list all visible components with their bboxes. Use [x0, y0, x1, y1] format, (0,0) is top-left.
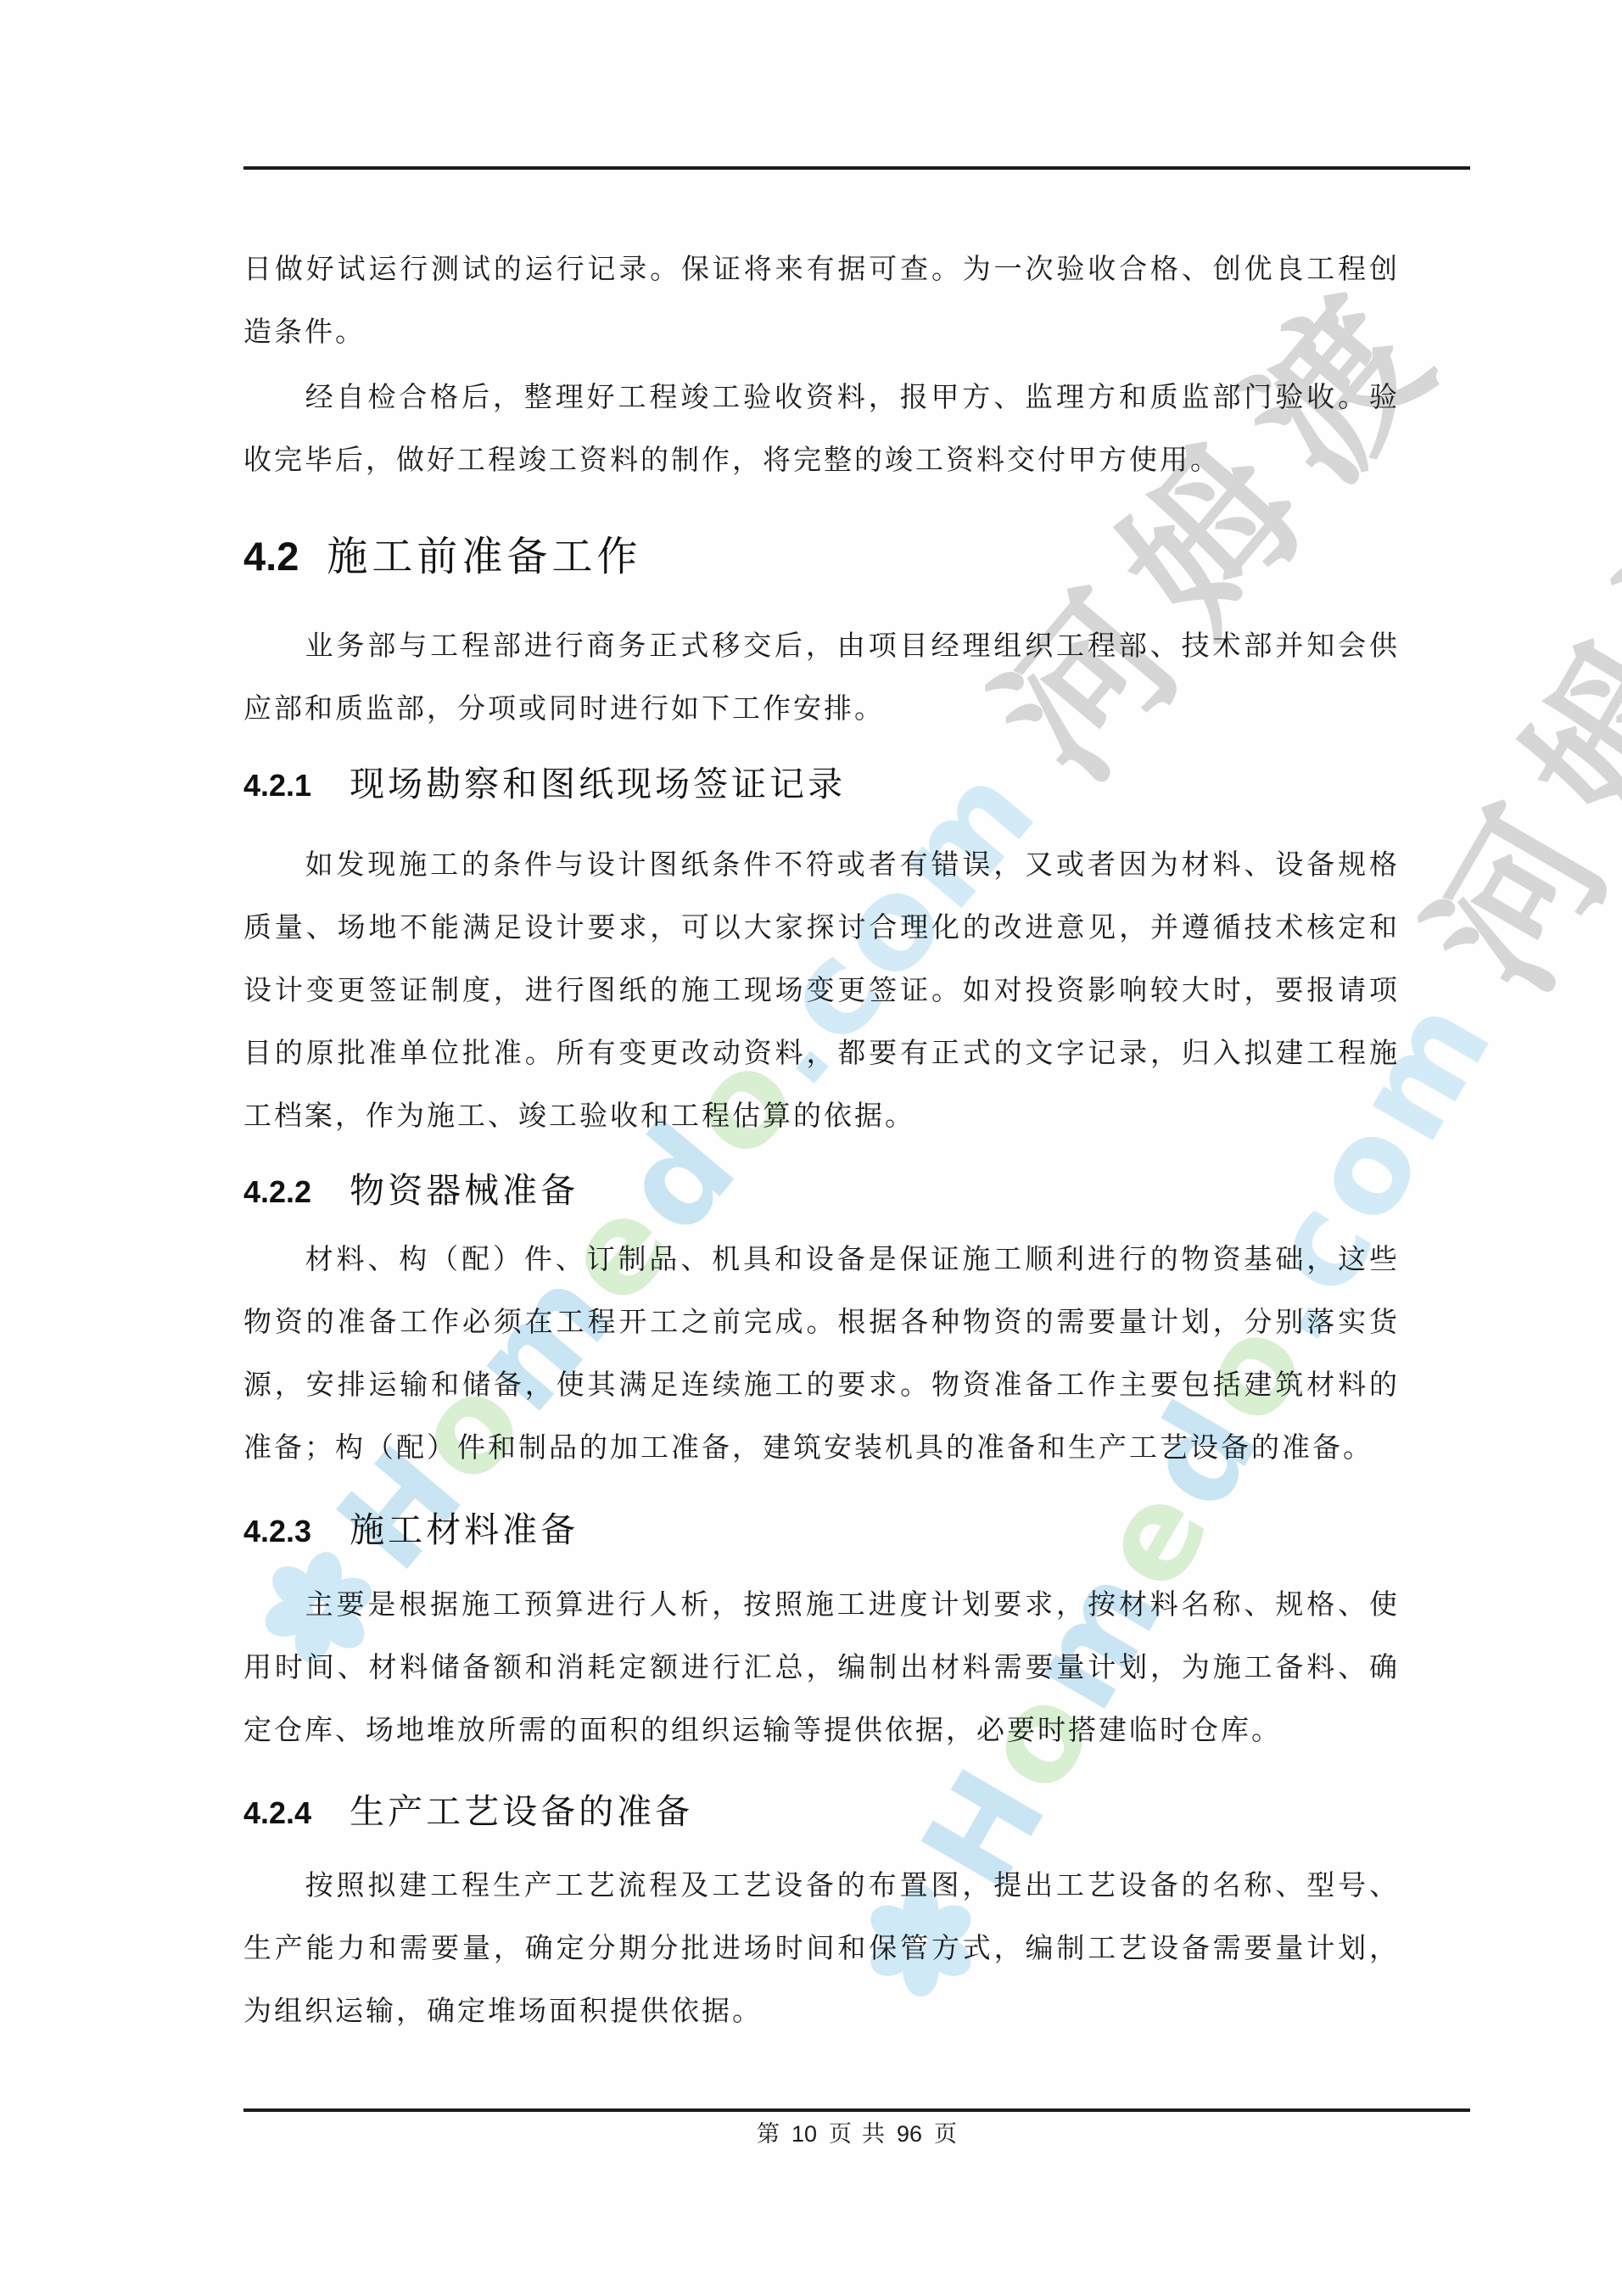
heading-number: 4.2.1 [243, 754, 311, 817]
body-line: 应部和质监部，分项或同时进行如下工作安排。 [243, 678, 1400, 741]
heading-number: 4.2.3 [243, 1500, 311, 1563]
body-line: 日做好试运行测试的运行记录。保证将来有据可查。为一次验收合格、创优良工程创 [243, 238, 1400, 301]
body-line: 用时间、材料储备额和消耗定额进行汇总，编制出材料需要量计划，为施工备料、确 [243, 1637, 1400, 1700]
body-line: 按照拟建工程生产工艺流程及工艺设备的布置图，提出工艺设备的名称、型号、 [243, 1855, 1400, 1918]
body-line: 生产能力和需要量，确定分期分批进场时间和保管方式，编制工艺设备需要量计划， [243, 1918, 1400, 1980]
footer-label: 第 [757, 2115, 780, 2153]
heading-number: 4.2.4 [243, 1782, 311, 1845]
paragraph: 经自检合格后，整理好工程竣工验收资料，报甲方、监理方和质监部门验收。验收完毕后，… [243, 367, 1470, 492]
body-line: 目的原批准单位批准。所有变更改动资料，都要有正式的文字记录，归入拟建工程施 [243, 1022, 1400, 1085]
document-page: Homedo.com河姆渡Homedo.com河姆渡 日做好试运行测试的运行记录… [0, 0, 1622, 2296]
paragraph: 材料、构（配）件、订制品、机具和设备是保证施工顺利进行的物资基础，这些物资的准备… [243, 1229, 1470, 1480]
body-line: 准备；构（配）件和制品的加工准备，建筑安装机具的准备和生产工艺设备的准备。 [243, 1417, 1400, 1480]
paragraph: 按照拟建工程生产工艺流程及工艺设备的布置图，提出工艺设备的名称、型号、生产能力和… [243, 1855, 1470, 2043]
footer-rule [243, 2108, 1470, 2112]
subsection-heading: 4.2.1现场勘察和图纸现场签证记录 [243, 753, 1470, 817]
body-line: 设计变更签证制度，进行图纸的施工现场变更签证。如对投资影响较大时，要报请项 [243, 960, 1400, 1022]
body-line: 源，安排运输和储备，使其满足连续施工的要求。物资准备工作主要包括建筑材料的 [243, 1354, 1400, 1417]
body-line: 业务部与工程部进行商务正式移交后，由项目经理组织工程部、技术部并知会供 [243, 615, 1400, 678]
body-line: 主要是根据施工预算进行人析，按照施工进度计划要求，按材料名称、规格、使 [243, 1574, 1400, 1637]
paragraph: 如发现施工的条件与设计图纸条件不符或者有错误，又或者因为材料、设备规格质量、场地… [243, 834, 1470, 1148]
heading-title: 施工材料准备 [350, 1498, 579, 1561]
body-line: 经自检合格后，整理好工程竣工验收资料，报甲方、监理方和质监部门验收。验 [243, 367, 1400, 429]
header-rule [243, 166, 1470, 170]
body-line: 如发现施工的条件与设计图纸条件不符或者有错误，又或者因为材料、设备规格 [243, 834, 1400, 897]
subsection-heading: 4.2.2物资器械准备 [243, 1159, 1470, 1224]
page-footer: 第10页共96页 [243, 2115, 1470, 2153]
heading-title: 现场勘察和图纸现场签证记录 [350, 753, 846, 815]
footer-page-number: 96 [897, 2115, 922, 2153]
body-line: 定仓库、场地堆放所需的面积的组织运输等提供依据，必要时搭建临时仓库。 [243, 1700, 1400, 1762]
heading-title: 生产工艺设备的准备 [350, 1780, 693, 1843]
body-line: 材料、构（配）件、订制品、机具和设备是保证施工顺利进行的物资基础，这些 [243, 1229, 1400, 1291]
document-blocks: 日做好试运行测试的运行记录。保证将来有据可查。为一次验收合格、创优良工程创造条件… [243, 238, 1470, 2043]
body-line: 为组织运输，确定堆场面积提供依据。 [243, 1980, 1400, 2043]
footer-label: 页 [829, 2115, 852, 2153]
heading-title: 物资器械准备 [350, 1159, 579, 1222]
body-line: 物资的准备工作必须在工程开工之前完成。根据各种物资的需要量计划，分别落实货 [243, 1291, 1400, 1354]
body-line: 工档案，作为施工、竣工验收和工程估算的依据。 [243, 1085, 1400, 1148]
footer-page-number: 10 [791, 2115, 817, 2153]
footer-label: 共 [862, 2115, 885, 2153]
paragraph: 日做好试运行测试的运行记录。保证将来有据可查。为一次验收合格、创优良工程创造条件… [243, 238, 1470, 364]
subsection-heading: 4.2.4生产工艺设备的准备 [243, 1780, 1470, 1845]
body-line: 造条件。 [243, 301, 1400, 364]
body-line: 质量、场地不能满足设计要求，可以大家探讨合理化的改进意见，并遵循技术核定和 [243, 897, 1400, 960]
paragraph: 业务部与工程部进行商务正式移交后，由项目经理组织工程部、技术部并知会供应部和质监… [243, 615, 1470, 741]
section-heading: 4.2施工前准备工作 [243, 525, 1470, 589]
heading-title: 施工前准备工作 [327, 526, 641, 589]
heading-number: 4.2.2 [243, 1161, 311, 1224]
heading-number: 4.2 [243, 525, 299, 588]
footer-label: 页 [934, 2115, 957, 2153]
body-line: 收完毕后，做好工程竣工资料的制作，将完整的竣工资料交付甲方使用。 [243, 429, 1400, 492]
document-content: 日做好试运行测试的运行记录。保证将来有据可查。为一次验收合格、创优良工程创造条件… [243, 166, 1470, 2043]
subsection-heading: 4.2.3施工材料准备 [243, 1498, 1470, 1563]
paragraph: 主要是根据施工预算进行人析，按照施工进度计划要求，按材料名称、规格、使用时间、材… [243, 1574, 1470, 1762]
